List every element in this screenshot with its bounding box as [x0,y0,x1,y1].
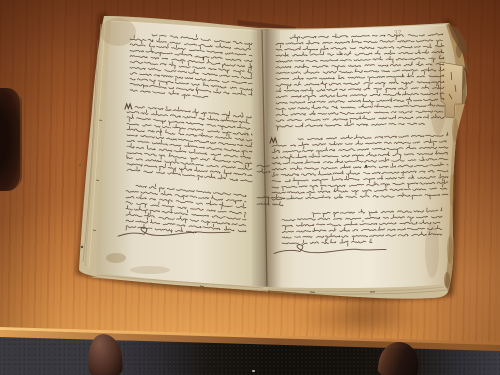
folio-number: 37 [394,29,402,37]
manuscript-book: 37 [0,0,500,375]
photo-scene: 37 [0,0,500,375]
